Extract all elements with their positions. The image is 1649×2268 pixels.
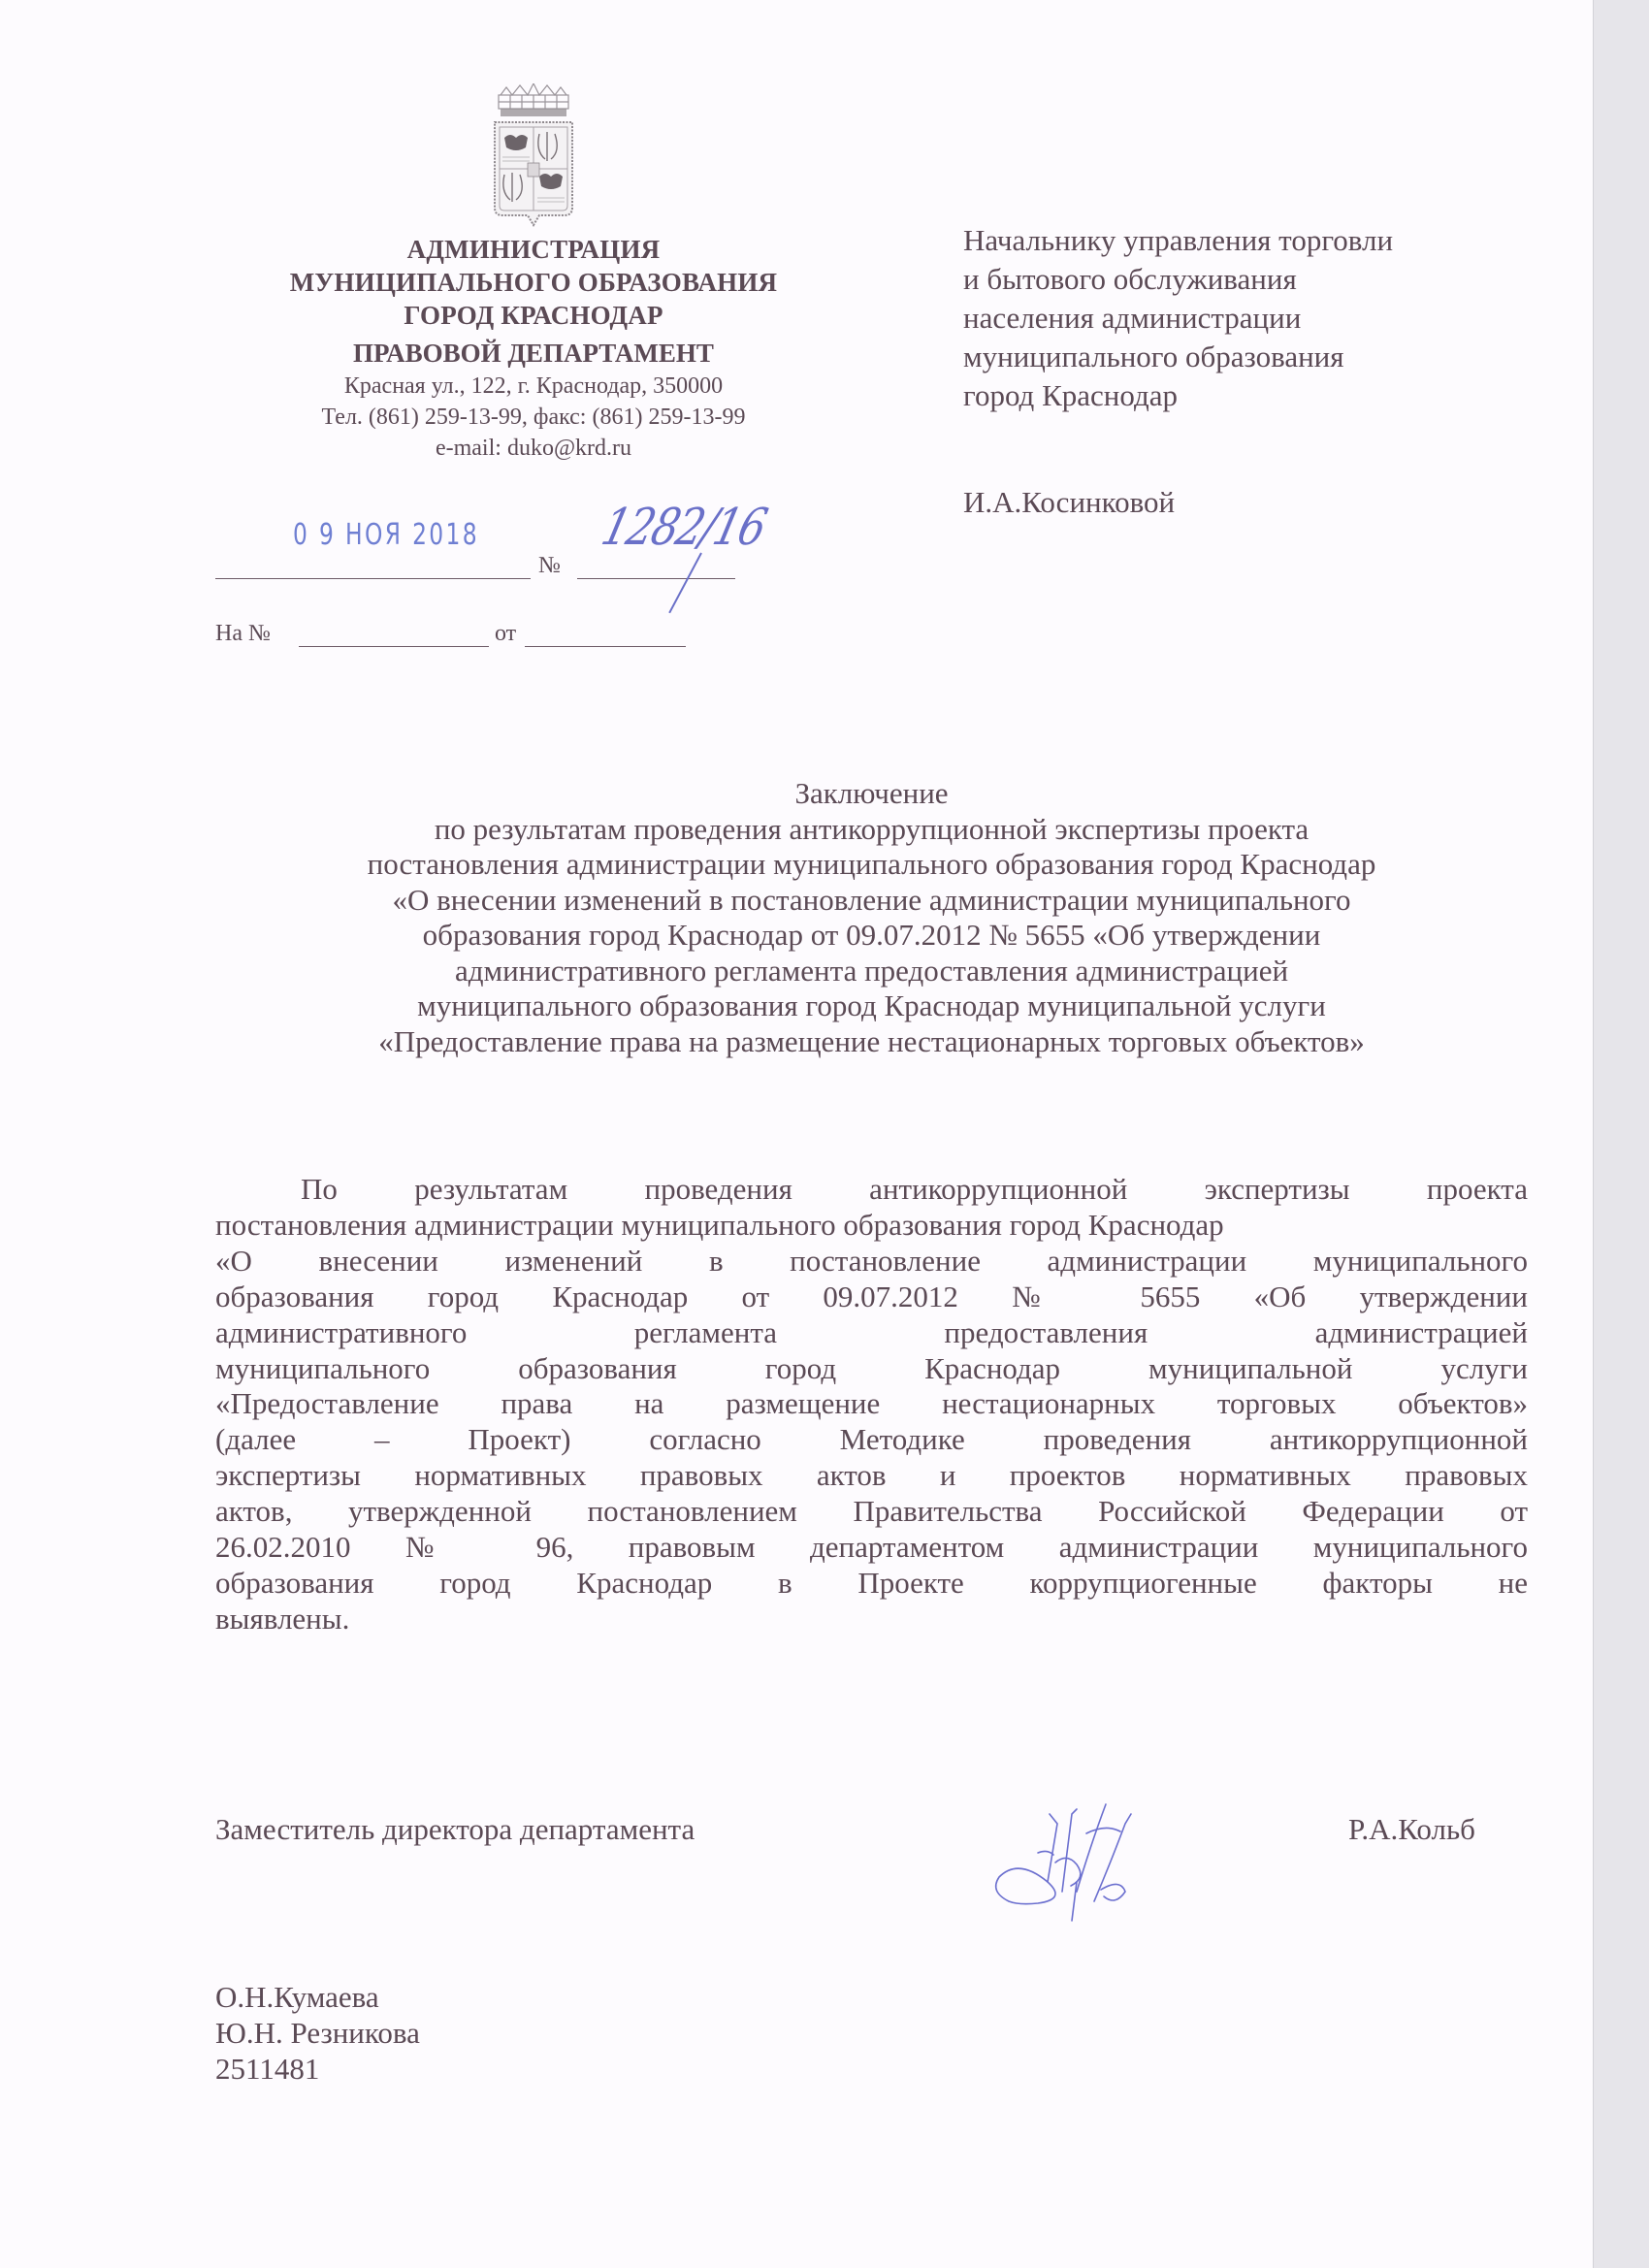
- number-underline: [577, 578, 735, 579]
- reply-from-label: от: [495, 621, 516, 647]
- body-line: административного регламента предоставле…: [215, 1315, 1528, 1351]
- addressee-block: Начальнику управления торговли и бытовог…: [963, 221, 1545, 415]
- org-name-line-3: ГОРОД КРАСНОДАР: [194, 299, 873, 332]
- body-line: По результатам проведения антикоррупцион…: [215, 1172, 1528, 1208]
- body-line: муниципального образования город Краснод…: [215, 1351, 1528, 1387]
- body-line: «О внесении изменений в постановление ад…: [215, 1244, 1528, 1280]
- date-underline: [215, 578, 531, 579]
- title-line: «Предоставление права на размещение нест…: [215, 1024, 1528, 1060]
- body-line: 26.02.2010 № 96, правовым департаментом …: [215, 1530, 1528, 1566]
- reply-number-underline: [299, 646, 489, 647]
- reply-to-label: На №: [215, 621, 271, 647]
- body-line: «Предоставление права на размещение нест…: [215, 1386, 1528, 1422]
- addressee-line: населения администрации: [963, 299, 1545, 338]
- addressee-line: город Краснодар: [963, 376, 1545, 415]
- executor-name: О.Н.Кумаева: [215, 1979, 420, 2015]
- body-line: актов, утвержденной постановлением Прави…: [215, 1494, 1528, 1530]
- title-line: постановления администрации муниципально…: [215, 847, 1528, 883]
- department-name: ПРАВОВОЙ ДЕПАРТАМЕНТ: [194, 336, 873, 371]
- signatory-position: Заместитель директора департамента: [215, 1812, 695, 1847]
- body-line: выявлены.: [215, 1602, 1528, 1637]
- title-heading: Заключение: [215, 776, 1528, 812]
- addressee-line: и бытового обслуживания: [963, 260, 1545, 299]
- addressee-name: И.А.Косинковой: [963, 483, 1175, 522]
- reply-reference-row: На № от: [215, 621, 797, 660]
- title-line: «О внесении изменений в постановление ад…: [215, 883, 1528, 919]
- body-line: постановления администрации муниципально…: [215, 1208, 1528, 1244]
- executor-phone: 2511481: [215, 2051, 420, 2087]
- handwriting-stroke: [668, 553, 702, 614]
- number-label: №: [538, 553, 561, 579]
- handwritten-reg-number: 1282/16: [597, 499, 772, 557]
- org-email: e-mail: duko@krd.ru: [194, 433, 873, 464]
- reply-date-underline: [525, 646, 686, 647]
- body-paragraph: По результатам проведения антикоррупцион…: [215, 1172, 1528, 1637]
- org-address: Красная ул., 122, г. Краснодар, 350000: [194, 371, 873, 402]
- registration-row: 0 9 НОЯ 2018 № 1282/16: [215, 514, 797, 592]
- date-stamp: 0 9 НОЯ 2018: [293, 518, 479, 552]
- addressee-line: муниципального образования: [963, 338, 1545, 376]
- document-title: Заключение по результатам проведения ант…: [215, 776, 1528, 1059]
- document-page: АДМИНИСТРАЦИЯ МУНИЦИПАЛЬНОГО ОБРАЗОВАНИЯ…: [0, 0, 1594, 2268]
- body-line: образования город Краснодар от 09.07.201…: [215, 1280, 1528, 1315]
- letterhead: АДМИНИСТРАЦИЯ МУНИЦИПАЛЬНОГО ОБРАЗОВАНИЯ…: [194, 233, 873, 464]
- body-line: образования город Краснодар в Проекте ко…: [215, 1566, 1528, 1602]
- org-phone-fax: Тел. (861) 259-13-99, факс: (861) 259-13…: [194, 402, 873, 433]
- title-line: образования город Краснодар от 09.07.201…: [215, 918, 1528, 954]
- title-line: административного регламента предоставле…: [215, 954, 1528, 989]
- title-line: по результатам проведения антикоррупцион…: [215, 812, 1528, 848]
- body-line: (далее – Проект) согласно Методике прове…: [215, 1422, 1528, 1458]
- org-name-line-1: АДМИНИСТРАЦИЯ: [194, 233, 873, 266]
- addressee-line: Начальнику управления торговли: [963, 221, 1545, 260]
- coat-of-arms-icon: [491, 83, 576, 229]
- signatory-name: Р.А.Кольб: [1348, 1812, 1475, 1847]
- executor-name: Ю.Н. Резникова: [215, 2015, 420, 2051]
- body-line: экспертизы нормативных правовых актов и …: [215, 1458, 1528, 1494]
- title-line: муниципального образования город Краснод…: [215, 988, 1528, 1024]
- handwritten-signature: [980, 1785, 1212, 1930]
- org-name-line-2: МУНИЦИПАЛЬНОГО ОБРАЗОВАНИЯ: [194, 266, 873, 299]
- executors-block: О.Н.Кумаева Ю.Н. Резникова 2511481: [215, 1979, 420, 2087]
